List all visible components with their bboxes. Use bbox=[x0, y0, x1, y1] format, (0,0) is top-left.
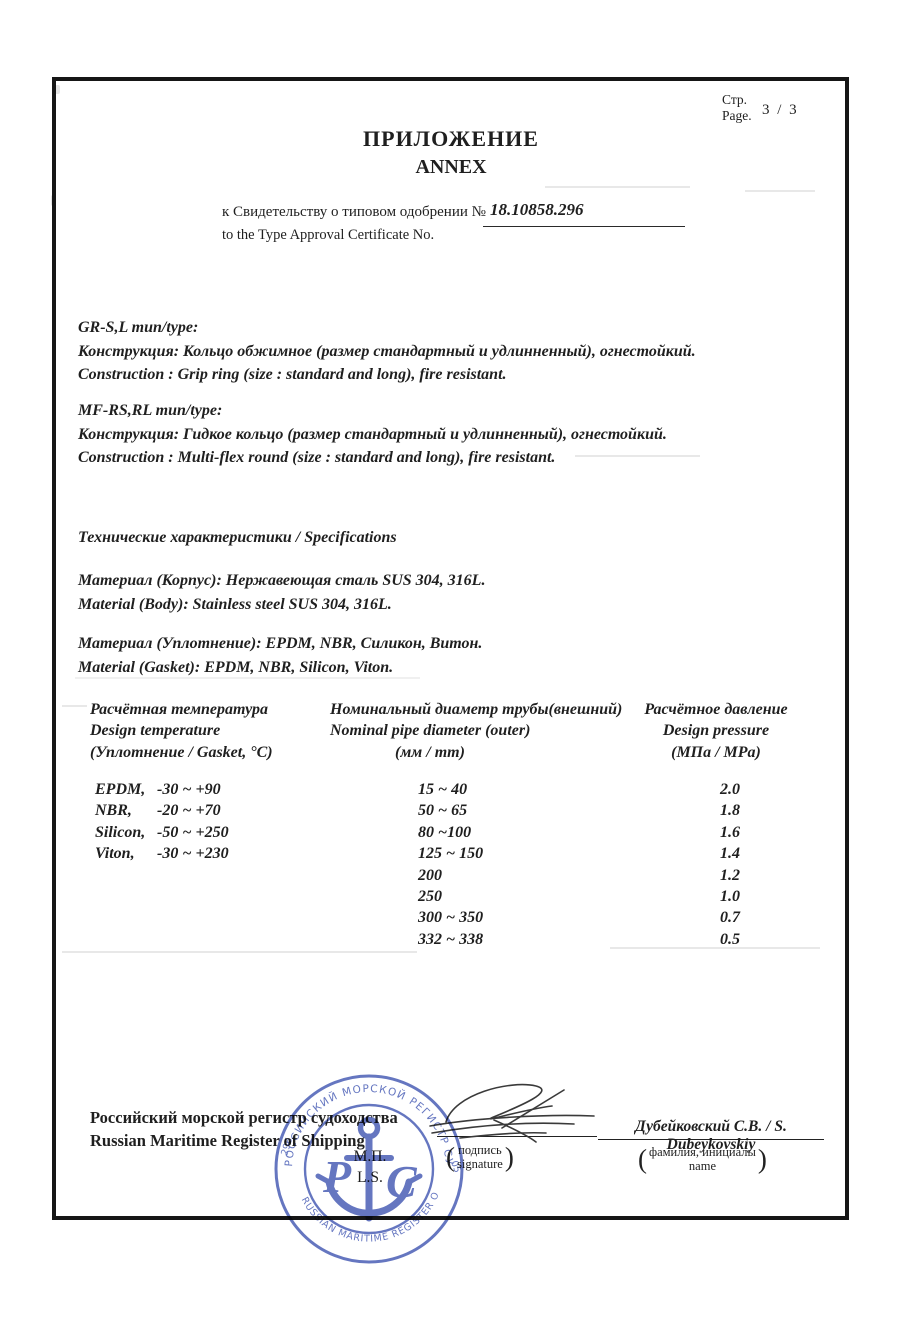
register-seal-stamp: РОССИЙСКИЙ МОРСКОЙ РЕГИСТР СУДОХОДСТВА R… bbox=[270, 1070, 468, 1268]
temperature-range: -20 ~ +70 bbox=[157, 802, 221, 819]
gasket-name: EPDM, bbox=[95, 779, 157, 800]
gasket-name: Viton, bbox=[95, 843, 157, 864]
material-body-en: Material (Body): Stainless steel SUS 304… bbox=[78, 593, 485, 617]
page-marker: Стр. Page. bbox=[722, 92, 752, 124]
product-type-line: MF-RS,RL тип/type: bbox=[78, 399, 667, 423]
open-paren: ( bbox=[638, 1152, 647, 1166]
diameter-value: 300 ~ 350 bbox=[418, 907, 483, 928]
certificate-number: 18.10858.296 bbox=[490, 200, 584, 220]
product-block-gr: GR-S,L тип/type: Конструкция: Кольцо обж… bbox=[78, 316, 696, 387]
pressure-value: 0.5 bbox=[720, 929, 740, 950]
diameter-value: 50 ~ 65 bbox=[418, 800, 483, 821]
header-line: Design pressure bbox=[630, 720, 802, 741]
product-type-line: GR-S,L тип/type: bbox=[78, 316, 696, 340]
diameter-value: 80 ~100 bbox=[418, 822, 483, 843]
product-construction-ru: Конструкция: Гидкое кольцо (размер станд… bbox=[78, 423, 667, 447]
specifications-heading: Технические характеристики / Specificati… bbox=[78, 529, 397, 547]
close-paren: ) bbox=[758, 1152, 767, 1166]
pressure-value: 0.7 bbox=[720, 907, 740, 928]
scanned-annex-page: Стр. Page. 3 / 3 ПРИЛОЖЕНИЕ ANNEX к Свид… bbox=[0, 0, 902, 1317]
name-caption-en: name bbox=[649, 1159, 756, 1173]
seal-ring-top-text: РОССИЙСКИЙ МОРСКОЙ РЕГИСТР СУДОХОДСТВА bbox=[270, 1070, 455, 1167]
diameter-value: 200 bbox=[418, 865, 483, 886]
material-body-ru: Материал (Корпус): Нержавеющая сталь SUS… bbox=[78, 569, 485, 593]
diameter-value: 15 ~ 40 bbox=[418, 779, 483, 800]
table-row: NBR,-20 ~ +70 bbox=[95, 800, 229, 821]
table-header-pressure: Расчётное давление Design pressure (МПа … bbox=[630, 699, 802, 763]
page-label-en: Page. bbox=[722, 108, 752, 124]
header-line: Номинальный диаметр трубы(внешний) bbox=[330, 699, 622, 720]
pressure-value: 1.2 bbox=[720, 865, 740, 886]
table-temperature-column: EPDM,-30 ~ +90 NBR,-20 ~ +70 Silicon,-50… bbox=[95, 779, 229, 865]
close-paren: ) bbox=[505, 1150, 514, 1164]
certificate-number-underline bbox=[483, 226, 685, 227]
header-line: (мм / mm) bbox=[395, 742, 622, 763]
material-body: Материал (Корпус): Нержавеющая сталь SUS… bbox=[78, 569, 485, 616]
table-row: Silicon,-50 ~ +250 bbox=[95, 822, 229, 843]
page-number: 3 / 3 bbox=[762, 102, 799, 119]
document-title: ПРИЛОЖЕНИЕ ANNEX bbox=[151, 126, 751, 180]
product-construction-en: Construction : Grip ring (size : standar… bbox=[78, 363, 696, 387]
gasket-name: NBR, bbox=[95, 800, 157, 821]
material-gasket: Материал (Уплотнение): EPDM, NBR, Силико… bbox=[78, 632, 482, 679]
diameter-value: 332 ~ 338 bbox=[418, 929, 483, 950]
product-construction-ru: Конструкция: Кольцо обжимное (размер ста… bbox=[78, 340, 696, 364]
header-line: Расчётное давление bbox=[630, 699, 802, 720]
header-line: (МПа / MPa) bbox=[630, 742, 802, 763]
pressure-value: 1.0 bbox=[720, 886, 740, 907]
table-diameter-column: 15 ~ 40 50 ~ 65 80 ~100 125 ~ 150 200 25… bbox=[418, 779, 483, 950]
pressure-value: 2.0 bbox=[720, 779, 740, 800]
diameter-value: 250 bbox=[418, 886, 483, 907]
temperature-range: -30 ~ +230 bbox=[157, 845, 229, 862]
temperature-range: -30 ~ +90 bbox=[157, 781, 221, 798]
material-gasket-ru: Материал (Уплотнение): EPDM, NBR, Силико… bbox=[78, 632, 482, 656]
header-line: (Уплотнение / Gasket, °C) bbox=[90, 742, 273, 763]
diameter-value: 125 ~ 150 bbox=[418, 843, 483, 864]
pressure-value: 1.8 bbox=[720, 800, 740, 821]
title-en: ANNEX bbox=[151, 154, 751, 180]
pressure-value: 1.6 bbox=[720, 822, 740, 843]
gasket-name: Silicon, bbox=[95, 822, 157, 843]
header-line: Design temperature bbox=[90, 720, 273, 741]
title-ru: ПРИЛОЖЕНИЕ bbox=[151, 126, 751, 152]
pressure-value: 1.4 bbox=[720, 843, 740, 864]
header-line: Расчётная температура bbox=[90, 699, 273, 720]
table-row: EPDM,-30 ~ +90 bbox=[95, 779, 229, 800]
approver-name: Дубейковский С.В. / S. Dubeykovskiy bbox=[598, 1118, 824, 1154]
page-label-ru: Стр. bbox=[722, 92, 752, 108]
header-line: Nominal pipe diameter (outer) bbox=[330, 720, 622, 741]
table-pressure-column: 2.0 1.8 1.6 1.4 1.2 1.0 0.7 0.5 bbox=[720, 779, 740, 950]
temperature-range: -50 ~ +250 bbox=[157, 824, 229, 841]
product-block-mf: MF-RS,RL тип/type: Конструкция: Гидкое к… bbox=[78, 399, 667, 470]
table-row: Viton,-30 ~ +230 bbox=[95, 843, 229, 864]
product-construction-en: Construction : Multi-flex round (size : … bbox=[78, 446, 667, 470]
table-header-diameter: Номинальный диаметр трубы(внешний) Nomin… bbox=[330, 699, 622, 763]
certificate-line-en: to the Type Approval Certificate No. bbox=[222, 227, 434, 244]
table-header-temperature: Расчётная температура Design temperature… bbox=[90, 699, 273, 763]
certificate-line-ru: к Свидетельству о типовом одобрении № bbox=[222, 204, 486, 221]
material-gasket-en: Material (Gasket): EPDM, NBR, Silicon, V… bbox=[78, 656, 482, 680]
